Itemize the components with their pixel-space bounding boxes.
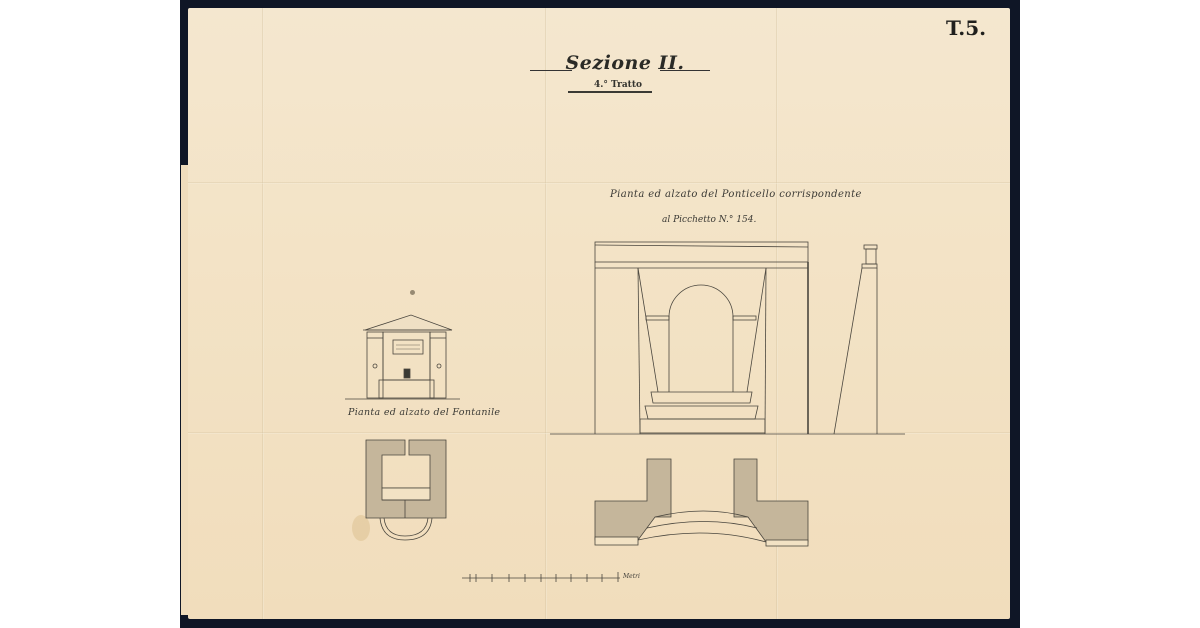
- fontanile-plan: [366, 440, 446, 540]
- ponticello-plan: [595, 459, 808, 546]
- fontanile-elevation: [345, 315, 460, 399]
- ponticello-side: [834, 245, 877, 434]
- ponticello-elevation: [550, 242, 905, 434]
- scale-label: Metri: [623, 573, 640, 580]
- drawing-linework: [0, 0, 1200, 628]
- scale-bar: [462, 572, 620, 582]
